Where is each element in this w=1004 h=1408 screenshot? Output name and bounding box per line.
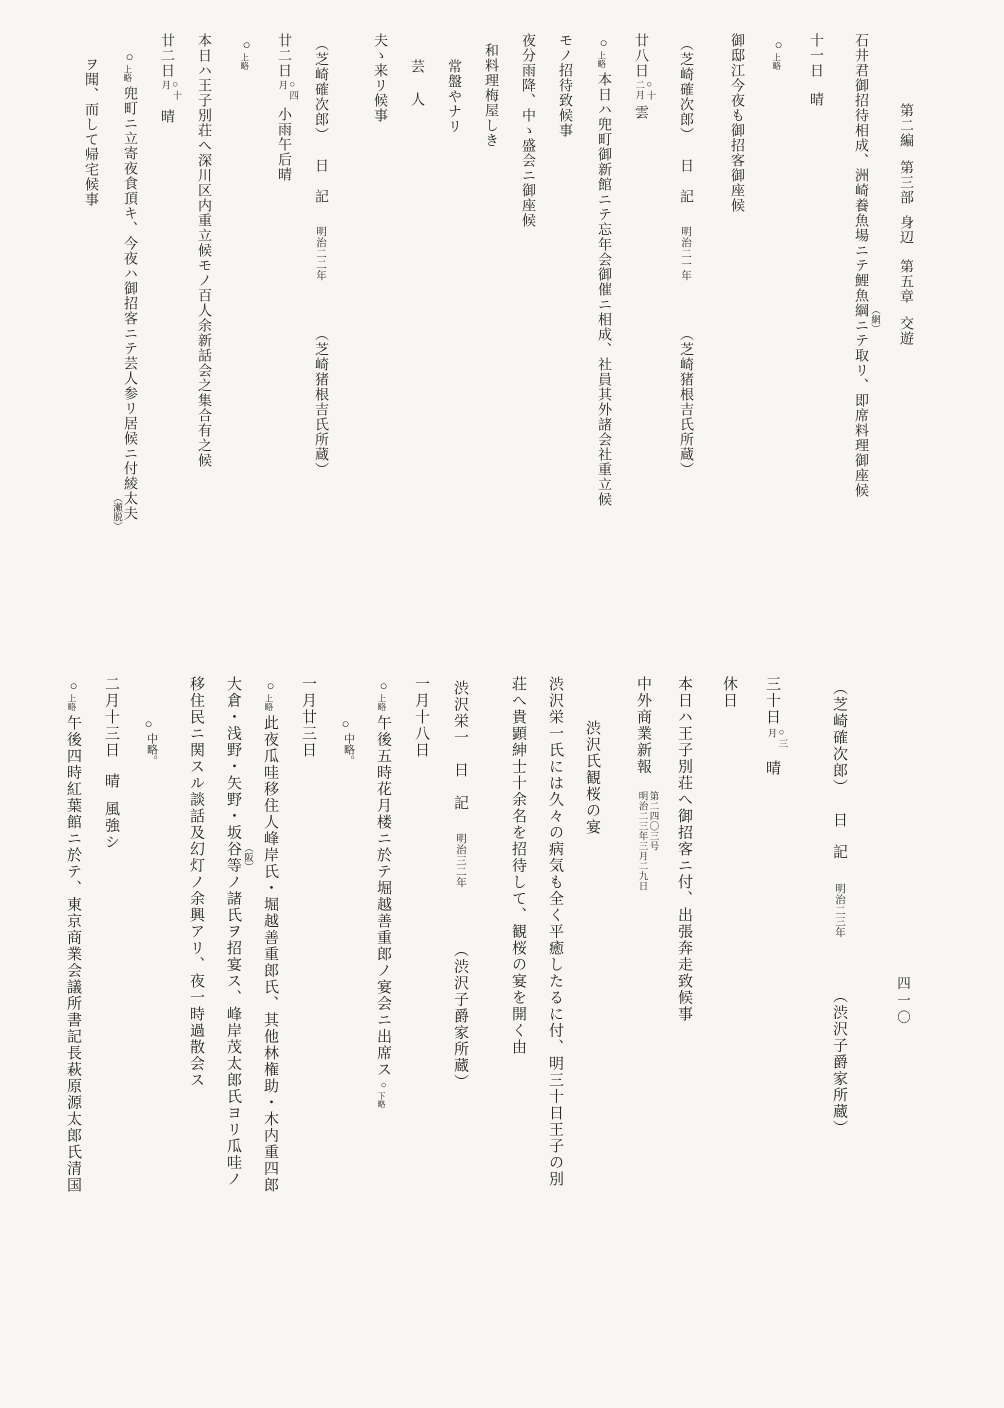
newspaper-title-line: 中外商業新報第二四〇三号明治二三年三月二九日 — [624, 676, 661, 1400]
text-segment: 荘へ貴顕紳士十余名を招待して、観桜の宴を開く由 — [510, 676, 526, 1056]
article-text-line: 荘へ貴顕紳士十余名を招待して、観桜の宴を開く由 — [499, 676, 536, 1400]
warichu-annotation: ○十二月 — [632, 80, 654, 101]
text-segment: 中外商業新報 — [635, 676, 651, 775]
omission-mark: ○上略 — [239, 37, 254, 70]
diary-text-line: 本日ハ王子別荘へ深川区内重立候モノ百人余新話会之集合有之候 — [185, 33, 222, 655]
text-segment: 日 — [452, 762, 468, 779]
top-text-block: 第二編第三部身辺第五章交遊石井君御招待相成、洲崎養魚場ニテ鯉魚綱（網）ニテ取リ、… — [72, 33, 924, 655]
text-segment: 移住民ニ関スル談話及幻灯ノ余興アリ、夜一時過散会ス — [188, 676, 204, 1089]
text-segment: 和料理梅屋しき — [483, 43, 498, 148]
text-segment: 記 — [831, 844, 847, 861]
omission-line: ○上略 — [228, 33, 265, 655]
diary-text-line: 夜分雨降、中ゝ盛会ニ御座候 — [509, 33, 546, 655]
warichu-column: 月 — [764, 728, 775, 749]
text-segment: 綱（網） — [853, 303, 868, 318]
text-segment: （芝崎確次郎） — [831, 680, 847, 796]
diary-text-line: 本日ハ王子別荘へ御招客ニ付、出張奔走致候事 — [665, 676, 702, 1400]
text-segment: 小雨午后晴 — [276, 107, 291, 182]
scanned-book-page: { "colors": { "paper": "#f7f6f2", "ink":… — [0, 0, 1004, 1408]
omission-circle: ○ — [378, 1080, 389, 1091]
warichu-column: 月 — [275, 80, 286, 101]
omission-line: ○上略 — [760, 33, 797, 655]
text-segment: 第三部 — [898, 160, 913, 205]
diary-text-line: 和料理梅屋しき — [472, 33, 509, 655]
attribution-line: （芝崎確次郎）日記明治二一年（芝崎猪根吉氏所蔵） — [667, 33, 704, 655]
text-segment: 常盤やナリ — [446, 59, 461, 134]
diary-text-line: 大倉・浅野・矢野・坂谷（阪）等ノ諸氏ヲ招宴ス、峰岸茂太郎氏ヨリ瓜哇ノ — [214, 676, 251, 1400]
date-line: 廿八日○十二月雲 — [622, 33, 659, 655]
omission-mark: ○上略 — [262, 678, 278, 711]
text-segment: 廿八日 — [633, 33, 648, 78]
warichu-annotation: 第二四〇三号明治二三年三月二九日 — [635, 791, 657, 891]
text-segment: 明治二二年 — [315, 226, 326, 281]
text-segment: 芸 — [409, 59, 424, 74]
date-line: 三十日○三月晴 — [753, 676, 790, 1400]
text-segment: （芝崎確次郎） — [678, 37, 693, 142]
diary-text-line: 移住民ニ関スル談話及幻灯ノ余興アリ、夜一時過散会ス — [177, 676, 214, 1400]
omission-circle: ○ — [66, 678, 81, 693]
omission-circle: ○ — [141, 716, 156, 731]
omission-label: 上略 — [772, 53, 781, 70]
text-segment: 雲 — [633, 105, 648, 120]
omission-circle: ○ — [771, 37, 786, 52]
omission-circle: ○ — [596, 35, 611, 50]
text-segment: 休日 — [721, 676, 737, 709]
text-segment: モノ招待致候事 — [557, 33, 572, 138]
omission-circle: ○ — [338, 716, 353, 731]
text-segment: 廿二日 — [276, 33, 291, 78]
text-segment: 午後五時花月楼ニ於テ堀越善重郎ノ宴会ニ出席ス — [375, 715, 391, 1078]
omission-label: 中略。 — [145, 733, 157, 766]
diary-text-line: ○上略此夜瓜哇移住人峰岸氏・堀越善重郎氏、其他林権助・木内重四郎 — [251, 676, 289, 1400]
side-annotation: （瀬脱） — [111, 493, 121, 531]
text-segment: 三十日 — [764, 676, 780, 726]
bottom-text-block: （芝崎確次郎）日記明治二三年（渋沢子爵家所蔵）三十日○三月晴休日本日ハ王子別荘へ… — [54, 676, 858, 1400]
text-segment: 記 — [452, 795, 468, 812]
date-line: 二月十三日晴風強シ — [92, 676, 129, 1400]
article-heading-line: 渋沢氏観桜の宴 — [573, 676, 610, 1400]
date-line: 一月十八日 — [402, 676, 439, 1400]
text-segment: 第五章 — [898, 259, 913, 304]
omission-mark: ○上略 — [375, 678, 391, 711]
text-segment: 日 — [831, 812, 847, 829]
warichu-column: ○三 — [775, 728, 786, 749]
omission-circle: ○ — [122, 49, 137, 64]
warichu-column: 明治二三年三月二九日 — [635, 791, 646, 891]
warichu-column: 二月 — [632, 80, 643, 101]
text-segment: 記 — [678, 189, 693, 204]
text-segment: 記 — [313, 189, 328, 204]
warichu-column: ○十 — [169, 80, 180, 101]
omission-circle: ○ — [376, 678, 391, 693]
text-segment: 日 — [678, 158, 693, 173]
side-annotation: （阪） — [242, 843, 252, 872]
date-line: 一月廿三日 — [289, 676, 326, 1400]
omission-circle: ○ — [239, 37, 254, 52]
text-segment: 明治二一年 — [680, 226, 691, 281]
text-segment: 大倉・浅野・矢野・坂 — [225, 676, 241, 841]
text-segment: 等ノ諸氏ヲ招宴ス、峰岸茂太郎氏ヨリ瓜哇ノ — [225, 858, 241, 1188]
date-line: 廿二日○十月晴 — [148, 33, 185, 655]
text-segment: 兜町ニ立寄夜食頂キ、今夜ハ御招客ニテ芸人参リ居候ニ付綾 — [122, 86, 137, 491]
text-segment: 第二編 — [898, 103, 913, 148]
text-segment: 一月廿三日 — [300, 676, 316, 759]
text-segment: 本日ハ王子別荘へ深川区内重立候モノ百人余新話会之集合有之候 — [196, 33, 211, 468]
diary-text-line: ○上略兜町ニ立寄夜食頂キ、今夜ハ御招客ニテ芸人参リ居候ニ付綾太（瀬脱）夫 — [111, 33, 148, 655]
omission-label: 上略 — [264, 694, 273, 711]
article-text-line: 渋沢栄一氏には久々の病気も全く平癒したるに付、明三十日王子の別 — [536, 676, 573, 1400]
diary-text-line: 休日 — [710, 676, 747, 1400]
diary-text-line: 夫ゝ来リ候事 — [361, 33, 398, 655]
text-segment: 廿二日 — [159, 33, 174, 78]
text-segment: （渋沢子爵家所蔵） — [831, 988, 847, 1137]
warichu-annotation: ○四月 — [275, 80, 297, 101]
omission-mark: ○上略 — [65, 678, 81, 711]
page-number: 四一〇 — [892, 976, 912, 1027]
omission-line: ○中略。 — [129, 676, 167, 1400]
attribution-line: （芝崎確次郎）日記明治二二年（芝崎猪根吉氏所蔵） — [302, 33, 339, 655]
diary-text-line: ヲ聞、而して帰宅候事 — [72, 33, 109, 655]
chapter-heading: 第二編第三部身辺第五章交遊 — [887, 33, 924, 655]
omission-line: ○中略。 — [326, 676, 364, 1400]
text-segment: 本日ハ兜町御新館ニテ忘年会御催ニ相成、社員其外諸会社重立候 — [596, 72, 611, 507]
omission-label: 上略 — [67, 694, 76, 711]
text-segment: 本日ハ王子別荘へ御招客ニ付、出張奔走致候事 — [676, 676, 692, 1023]
text-segment: 晴 — [103, 773, 119, 790]
text-segment: 十一日 — [808, 33, 823, 78]
side-annotation: （網） — [869, 305, 879, 334]
diary-text-line: ○上略午後五時花月楼ニ於テ堀越善重郎ノ宴会ニ出席ス○下略 — [364, 676, 402, 1400]
text-segment: 明治二三年 — [834, 883, 845, 938]
date-line: 十一日晴 — [797, 33, 834, 655]
text-segment: （芝崎確次郎） — [313, 37, 328, 142]
text-segment: 夜分雨降、中ゝ盛会ニ御座候 — [520, 33, 535, 228]
text-segment: 晴 — [764, 760, 780, 777]
text-segment: 日 — [313, 158, 328, 173]
text-segment: 明治三二年 — [455, 833, 466, 888]
diary-text-line: モノ招待致候事 — [546, 33, 583, 655]
text-segment: 晴 — [159, 109, 174, 124]
diary-text-line: 芸人 — [398, 33, 435, 655]
text-segment: ヲ聞、而して帰宅候事 — [83, 57, 98, 207]
omission-mark: ○中略。 — [337, 716, 353, 766]
warichu-column: 第二四〇三号 — [646, 791, 657, 891]
omission-mark: ○中略。 — [140, 716, 156, 766]
date-line: 廿二日○四月小雨午后晴 — [265, 33, 302, 655]
omission-circle: ○ — [263, 678, 278, 693]
omission-label: 上略 — [597, 51, 606, 68]
warichu-column: ○十 — [643, 80, 654, 101]
text-segment: 谷（阪） — [225, 841, 241, 858]
warichu-column: ○四 — [286, 80, 297, 101]
text-segment: 晴 — [808, 92, 823, 107]
text-segment: 身辺 — [898, 215, 913, 245]
warichu-column: 月 — [158, 80, 169, 101]
warichu-annotation: ○三月 — [764, 728, 786, 749]
diary-text-line: 常盤やナリ — [435, 33, 472, 655]
text-segment: 一月十八日 — [413, 676, 429, 759]
omission-label: 中略。 — [342, 733, 354, 766]
text-segment: 太（瀬脱） — [122, 491, 137, 506]
omission-label: 上略 — [240, 53, 249, 70]
text-segment: 交遊 — [898, 316, 913, 346]
omission-label: 上略 — [377, 694, 386, 711]
text-segment: 人 — [409, 92, 424, 107]
omission-mark: ○上略 — [122, 49, 137, 82]
text-segment: 風強シ — [103, 801, 119, 851]
omission-mark: ○上略 — [596, 35, 611, 68]
diary-text-line: ○上略午後四時紅葉館ニ於テ、東京商業会議所書記長萩原源太郎氏清国 — [54, 676, 92, 1400]
text-segment: （芝崎猪根吉氏所蔵） — [313, 327, 328, 477]
attribution-line: （芝崎確次郎）日記明治二三年（渋沢子爵家所蔵） — [820, 676, 858, 1400]
text-segment: 夫 — [122, 506, 137, 521]
attribution-line: 渋沢栄一日記明治三二年（渋沢子爵家所蔵） — [441, 676, 479, 1400]
warichu-annotation: ○十月 — [158, 80, 180, 101]
text-segment: 御邸江今夜も御招客御座候 — [729, 33, 744, 213]
text-segment: 渋沢氏観桜の宴 — [584, 720, 600, 836]
diary-text-line: ○上略本日ハ兜町御新館ニテ忘年会御催ニ相成、社員其外諸会社重立候 — [585, 33, 622, 655]
text-segment: 渋沢栄一 — [452, 680, 468, 746]
omission-mark: ○上略 — [771, 37, 786, 70]
text-segment: 此夜瓜哇移住人峰岸氏・堀越善重郎氏、其他林権助・木内重四郎 — [262, 715, 278, 1194]
omission-mark: ○下略 — [375, 1080, 391, 1108]
text-segment: 午後四時紅葉館ニ於テ、東京商業会議所書記長萩原源太郎氏清国 — [65, 715, 81, 1194]
text-segment: ニテ取リ、即席料理御座候 — [853, 318, 868, 498]
text-segment: 二月十三日 — [103, 676, 119, 759]
text-segment: （芝崎猪根吉氏所蔵） — [678, 327, 693, 477]
omission-label: 上略 — [123, 65, 132, 82]
diary-text-line: 石井君御招待相成、洲崎養魚場ニテ鯉魚綱（網）ニテ取リ、即席料理御座候 — [842, 33, 879, 655]
text-segment: 夫ゝ来リ候事 — [372, 33, 387, 123]
text-segment: 渋沢栄一氏には久々の病気も全く平癒したるに付、明三十日王子の別 — [547, 676, 563, 1188]
diary-text-line: 御邸江今夜も御招客御座候 — [718, 33, 755, 655]
omission-label: 下略 — [377, 1092, 386, 1108]
text-segment: （渋沢子爵家所蔵） — [452, 942, 468, 1091]
text-segment: 石井君御招待相成、洲崎養魚場ニテ鯉魚 — [853, 33, 868, 303]
